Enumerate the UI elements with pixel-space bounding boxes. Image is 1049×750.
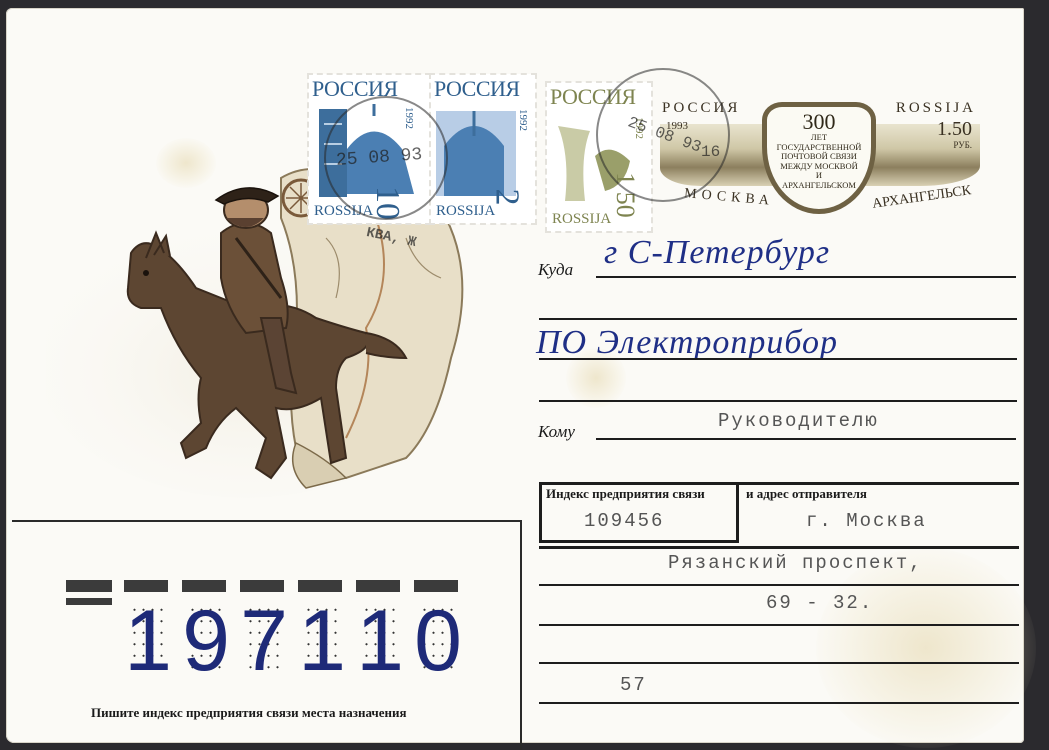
postcode-digit[interactable]: 9 [182,598,230,684]
postcode-guide-bar [182,580,226,592]
stamp-country-lat: ROSSIJA [552,211,611,228]
postcode-digit[interactable]: 0 [414,598,462,684]
postcode-digit[interactable]: 1 [356,598,404,684]
envelope: РОССИЯ ROSSIJA 10 1992 РОССИЯ ROSSIJA 2 … [6,8,1024,743]
address-line [539,624,1019,626]
anniversary-number: 300 [767,111,871,133]
paper-stain [816,548,1036,748]
address-line [539,702,1019,704]
address-line [539,318,1017,320]
where-label: Куда [538,260,573,280]
cathedral-icon [434,106,530,201]
sender-address-line-3[interactable]: 69 - 32. [766,592,873,614]
postcode-guide-bar [124,580,168,592]
stamp-year: 1992 [517,109,529,131]
postcode-guide-bar [298,580,342,592]
printed-stamp-value: 1.50 [937,118,972,141]
whom-label: Кому [538,422,575,442]
sender-address-label: и адрес отправителя [746,486,867,502]
postcode-digit[interactable]: 1 [298,598,346,684]
city-right-label: АРХАНГЕЛЬСК [872,183,973,213]
sender-index-label: Индекс предприятия связи [546,486,705,502]
printed-stamp-currency: РУБ. [953,140,972,150]
postmark-time: 16 [701,143,720,161]
address-line [539,358,1017,360]
address-line [596,438,1016,440]
postcode-guide-bar [414,580,458,592]
stamp-country-lat: ROSSIJA [436,203,495,220]
postcode-guide-bar [356,580,400,592]
postcode-guide-bar [240,580,284,592]
address-line [539,662,1019,664]
anniversary-text-line: АРХАНГЕЛЬСКОМ [767,181,871,191]
where-line-1[interactable]: г С-Петербург [604,234,830,272]
sender-index-value[interactable]: 109456 [584,510,664,532]
sender-address-line-2[interactable]: Рязанский проспект, [668,552,923,574]
postcode-guide-bar [66,580,112,592]
sender-address-line-1[interactable]: г. Москва [806,510,927,532]
address-line [596,276,1016,278]
printed-stamp-country-lat: ROSSIJA [896,100,976,117]
whom-value[interactable]: Руководителю [718,410,879,432]
postcode-digit[interactable]: 1 [124,598,172,684]
address-line [539,400,1017,402]
sender-address-line-4[interactable]: 57 [620,674,647,696]
postcode-caption: Пишите индекс предприятия связи места на… [91,705,407,721]
postcode-guide-bar [66,598,112,605]
stamp-country-ru: РОССИЯ [434,76,520,102]
where-line-2[interactable]: ПО Электроприбор [536,324,838,362]
address-line [539,584,1019,586]
anniversary-shield: 300 ЛЕТ ГОСУДАРСТВЕННОЙ ПОЧТОВОЙ СВЯЗИ М… [762,102,876,214]
stamp-value: 2 [488,189,526,206]
postcode-digit[interactable]: 7 [240,598,288,684]
